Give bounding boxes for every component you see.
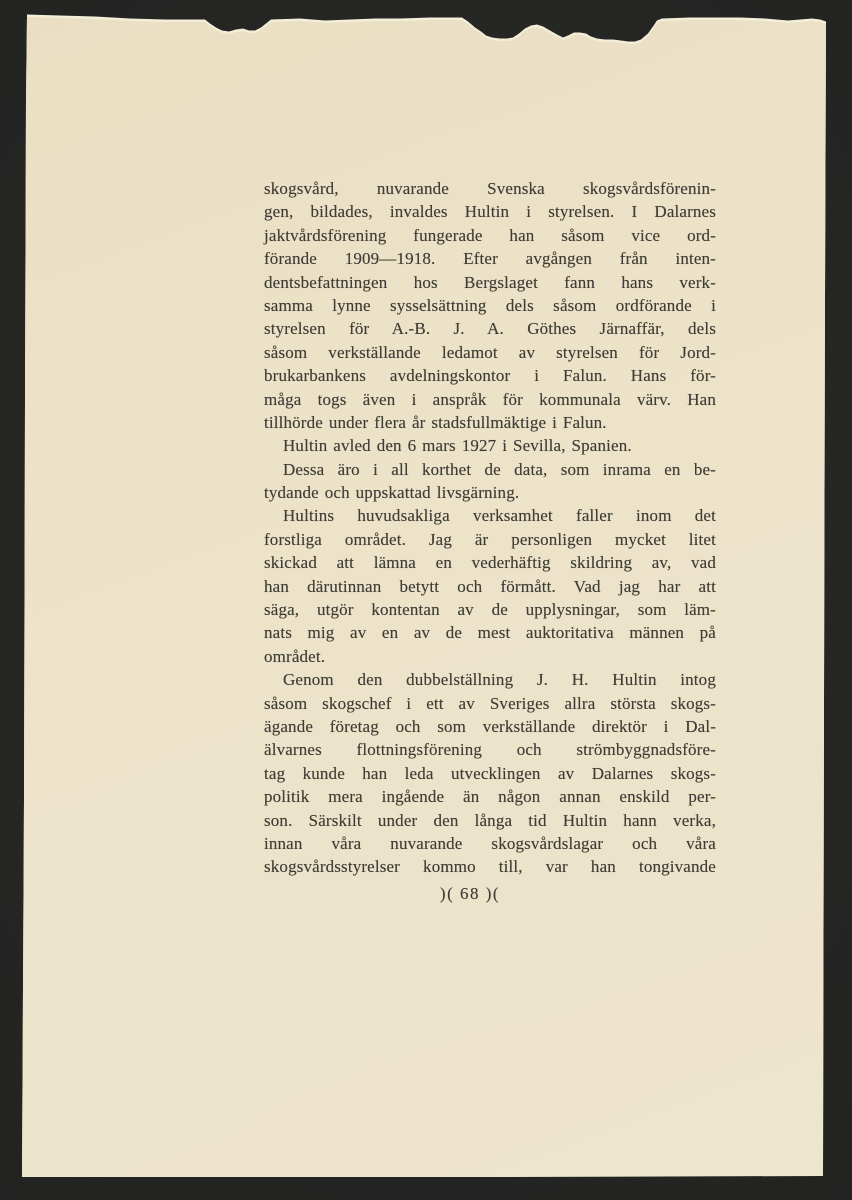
text-line: gen, bildades, invaldes Hultin i styrels…: [264, 200, 716, 223]
text-line: såsom skogschef i ett av Sveriges allra …: [264, 692, 716, 715]
text-line: jaktvårdsförening fungerade han såsom vi…: [264, 224, 716, 247]
text-line: Dessa äro i all korthet de data, som inr…: [264, 458, 716, 481]
text-line: Genom den dubbelställning J. H. Hultin i…: [264, 668, 716, 691]
text-line: tag kunde han leda utvecklingen av Dalar…: [264, 762, 716, 785]
text-line: ägande företag och som verkställande dir…: [264, 715, 716, 738]
scanned-page-canvas: skogsvård, nuvarande Svenska skogsvårdsf…: [0, 0, 852, 1200]
text-line: brukarbankens avdelningskontor i Falun. …: [264, 364, 716, 387]
text-line: tillhörde under flera år stadsfullmäktig…: [264, 411, 716, 434]
text-line: styrelsen för A.-B. J. A. Göthes Järnaff…: [264, 317, 716, 340]
text-line: säga, utgör kontentan av de upplysningar…: [264, 598, 716, 621]
text-line: dentsbefattningen hos Bergslaget fann ha…: [264, 271, 716, 294]
text-line: skickad att lämna en vederhäftig skildri…: [264, 551, 716, 574]
text-line: tydande och uppskattad livsgärning.: [264, 481, 716, 504]
text-line: måga togs även i anspråk för kommunala v…: [264, 388, 716, 411]
text-line: skogsvård, nuvarande Svenska skogsvårdsf…: [264, 177, 716, 200]
text-line: Hultin avled den 6 mars 1927 i Sevilla, …: [264, 434, 716, 457]
text-line: området.: [264, 645, 716, 668]
text-line: innan våra nuvarande skogsvårdslagar och…: [264, 832, 716, 855]
text-line: han därutinnan betytt och förmått. Vad j…: [264, 575, 716, 598]
text-line: förande 1909—1918. Efter avgången från i…: [264, 247, 716, 270]
text-line: son. Särskilt under den långa tid Hultin…: [264, 809, 716, 832]
text-line: skogsvårdsstyrelser kommo till, var han …: [264, 855, 716, 878]
page-number: )( 68 )(: [440, 884, 500, 904]
text-line: Hultins huvudsakliga verksamhet faller i…: [264, 504, 716, 527]
text-line: politik mera ingående än någon annan ens…: [264, 785, 716, 808]
text-line: såsom verkställande ledamot av styrelsen…: [264, 341, 716, 364]
text-line: älvarnes flottningsförening och strömbyg…: [264, 738, 716, 761]
text-line: nats mig av en av de mest auktoritativa …: [264, 621, 716, 644]
text-line: forstliga området. Jag är personligen my…: [264, 528, 716, 551]
page-text-block: skogsvård, nuvarande Svenska skogsvårdsf…: [264, 177, 716, 879]
text-line: samma lynne sysselsättning dels såsom or…: [264, 294, 716, 317]
